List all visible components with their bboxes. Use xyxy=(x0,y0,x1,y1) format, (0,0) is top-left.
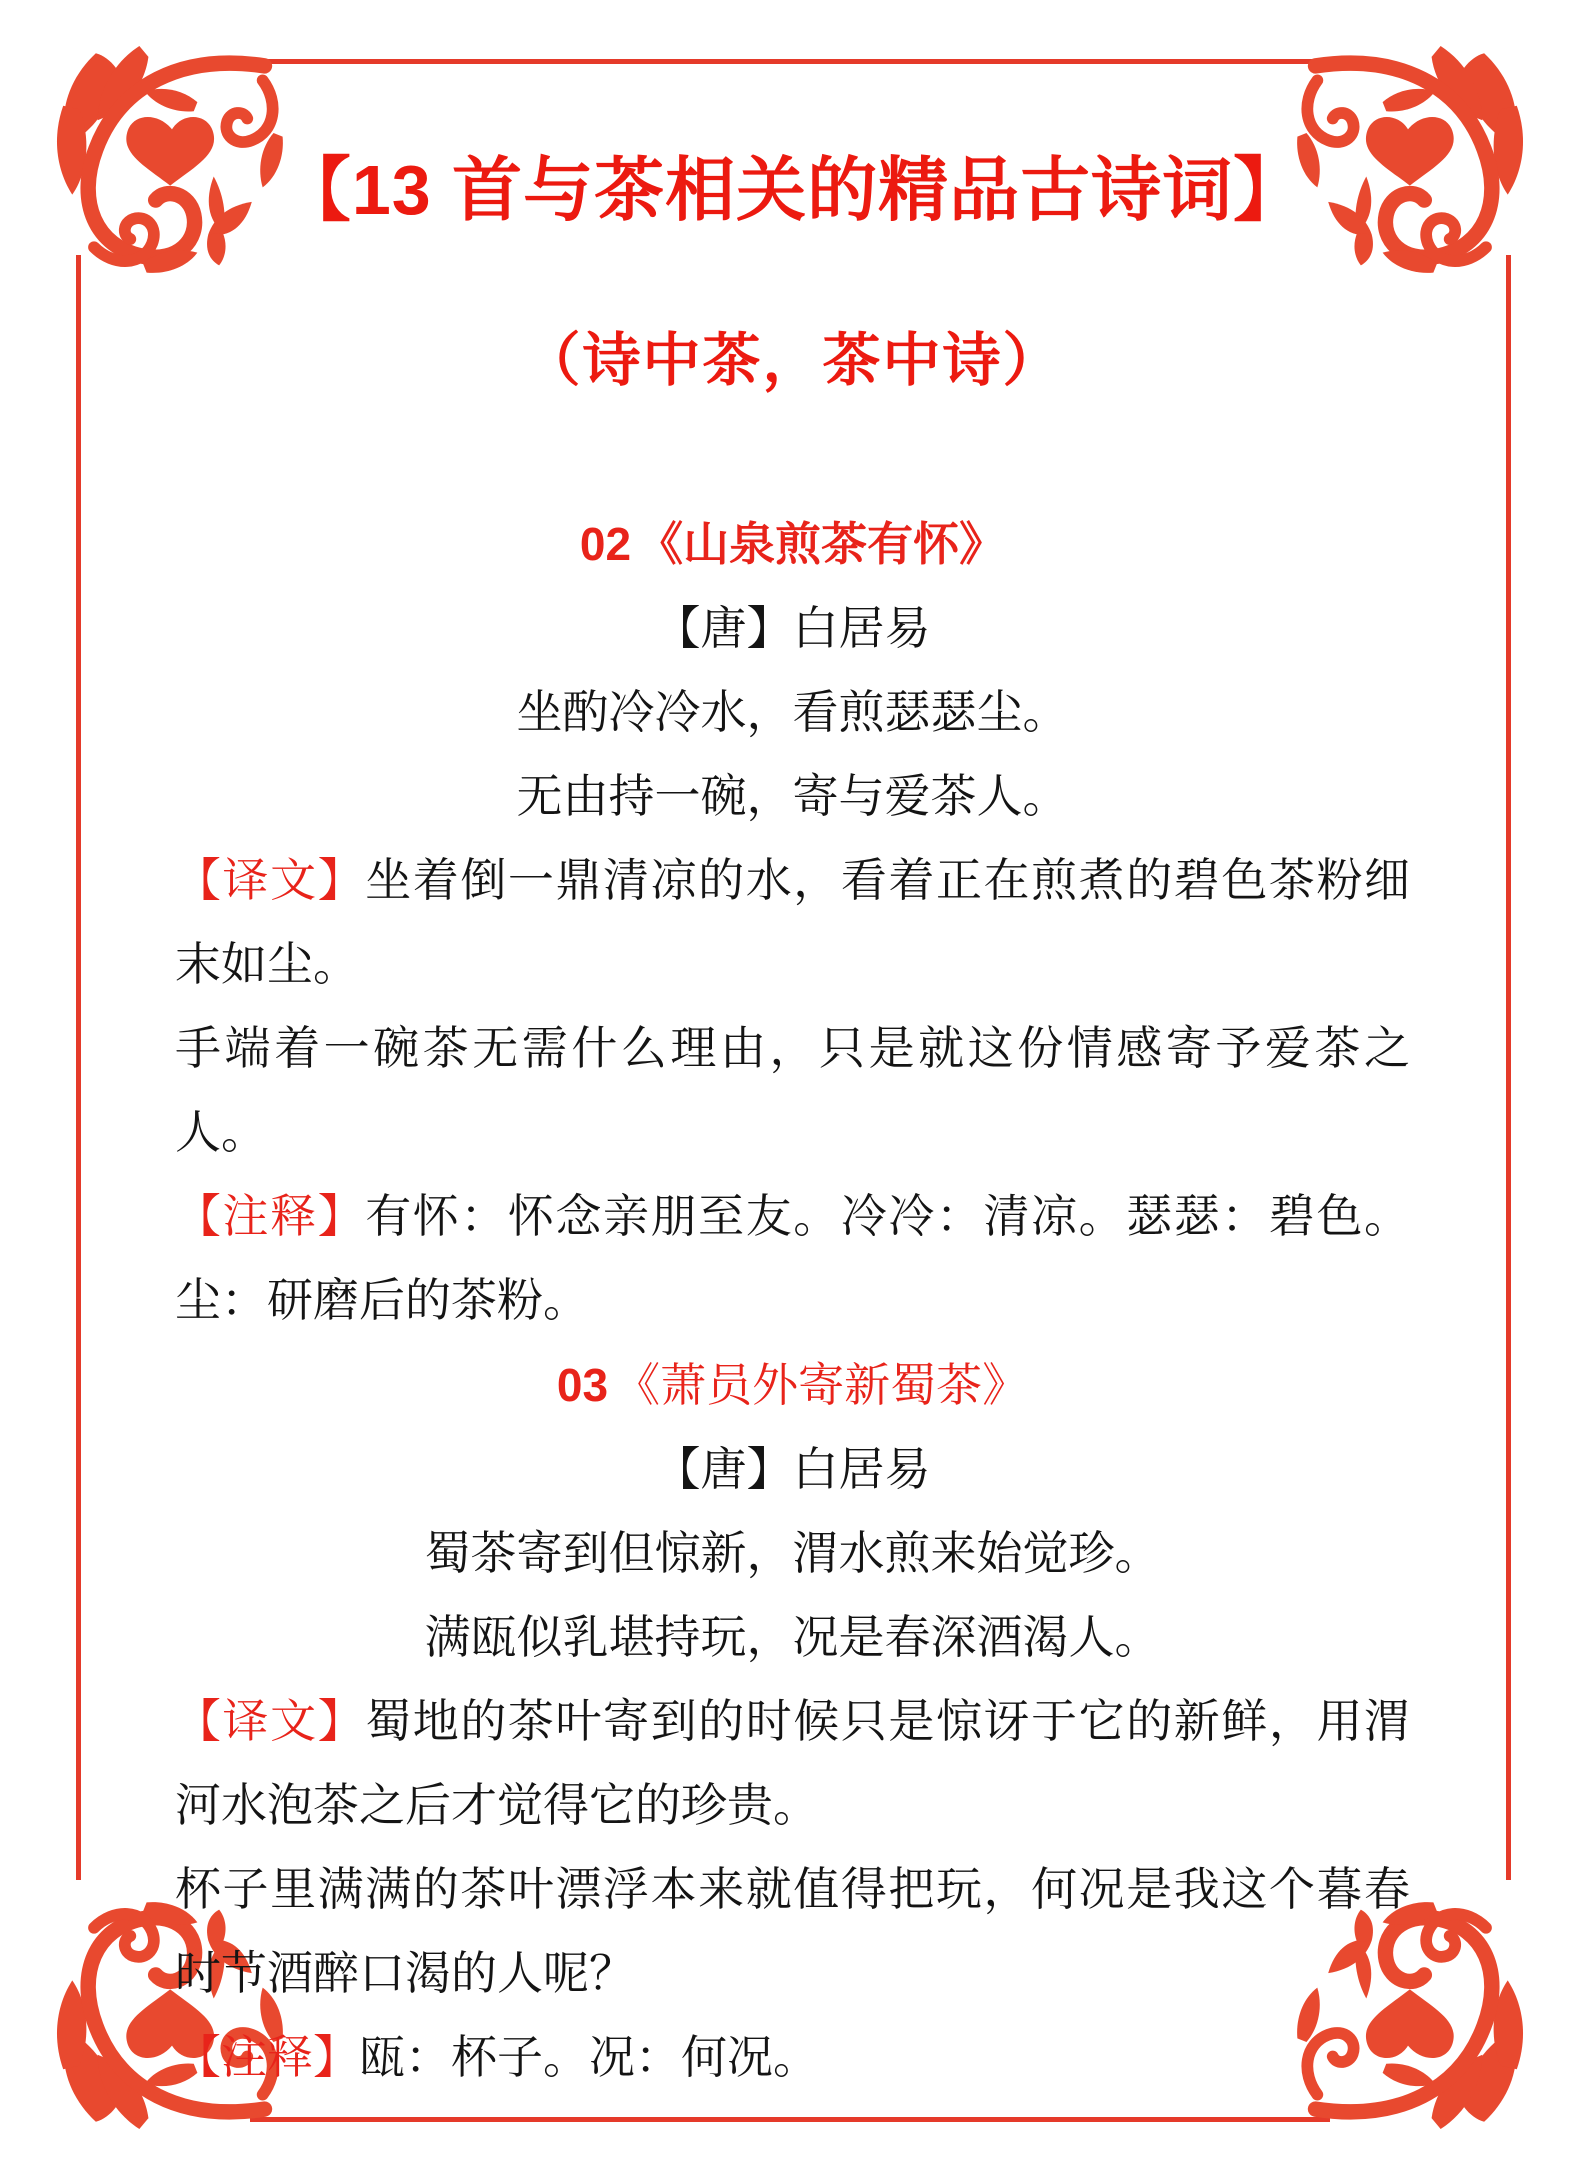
poem-02-translation-paragraph: 【译文】坐着倒一鼎清凉的水，看着正在煎煮的碧色茶粉细末如尘。 xyxy=(175,839,1410,1007)
poem-02-verse-line: 无由持一碗，寄与爱茶人。 xyxy=(175,755,1410,839)
translation-label: 【译文】 xyxy=(175,855,365,906)
poem-03-translation-paragraph: 杯子里满满的茶叶漂浮本来就值得把玩，何况是我这个暮春时节酒醉口渴的人呢？ xyxy=(175,1848,1410,2016)
poem-03-verse-line: 蜀茶寄到但惊新，渭水煎来始觉珍。 xyxy=(175,1512,1410,1596)
notes-label: 【注释】 xyxy=(175,2032,359,2083)
frame-rule-bottom xyxy=(250,2117,1330,2122)
translation-label: 【译文】 xyxy=(175,1696,365,1747)
poem-02-number: 02 xyxy=(580,518,631,570)
document-page: 【13 首与茶相关的精品古诗词】 （诗中茶，茶中诗） 02《山泉煎茶有怀》 【唐… xyxy=(0,0,1580,2165)
frame-rule-right xyxy=(1506,255,1511,1880)
notes-label: 【注释】 xyxy=(175,1191,365,1242)
poem-02-notes-paragraph: 【注释】有怀：怀念亲朋至友。冷冷：清凉。瑟瑟：碧色。尘：研磨后的茶粉。 xyxy=(175,1175,1410,1343)
page-subtitle: （诗中茶，茶中诗） xyxy=(175,315,1410,407)
page-title: 【13 首与茶相关的精品古诗词】 xyxy=(175,138,1410,243)
frame-rule-left xyxy=(76,255,81,1880)
poem-03-translation-paragraph: 【译文】蜀地的茶叶寄到的时候只是惊讶于它的新鲜，用渭河水泡茶之后才觉得它的珍贵。 xyxy=(175,1680,1410,1848)
poem-02-title: 《山泉煎茶有怀》 xyxy=(637,518,1005,570)
poem-02-verse-line: 坐酌冷冷水，看煎瑟瑟尘。 xyxy=(175,671,1410,755)
poem-03-verse-line: 满瓯似乳堪持玩，况是春深酒渴人。 xyxy=(175,1596,1410,1680)
notes-text: 瓯：杯子。况：何况。 xyxy=(359,2032,819,2083)
poem-section-03: 03《萧员外寄新蜀茶》 【唐】白居易 蜀茶寄到但惊新，渭水煎来始觉珍。 满瓯似乳… xyxy=(175,1343,1410,2100)
poem-03-title: 《萧员外寄新蜀茶》 xyxy=(614,1360,1028,1411)
poem-03-notes-paragraph: 【注释】瓯：杯子。况：何况。 xyxy=(175,2016,1410,2100)
poem-02-author: 【唐】白居易 xyxy=(175,587,1410,671)
poem-03-heading: 03《萧员外寄新蜀茶》 xyxy=(175,1343,1410,1428)
poem-03-author: 【唐】白居易 xyxy=(175,1428,1410,1512)
poem-03-number: 03 xyxy=(557,1359,608,1411)
poem-02-translation-paragraph: 手端着一碗茶无需什么理由，只是就这份情感寄予爱茶之人。 xyxy=(175,1007,1410,1175)
document-content: 【13 首与茶相关的精品古诗词】 （诗中茶，茶中诗） 02《山泉煎茶有怀》 【唐… xyxy=(175,0,1410,2100)
poem-section-02: 02《山泉煎茶有怀》 【唐】白居易 坐酌冷冷水，看煎瑟瑟尘。 无由持一碗，寄与爱… xyxy=(175,502,1410,1343)
poem-02-heading: 02《山泉煎茶有怀》 xyxy=(175,502,1410,587)
